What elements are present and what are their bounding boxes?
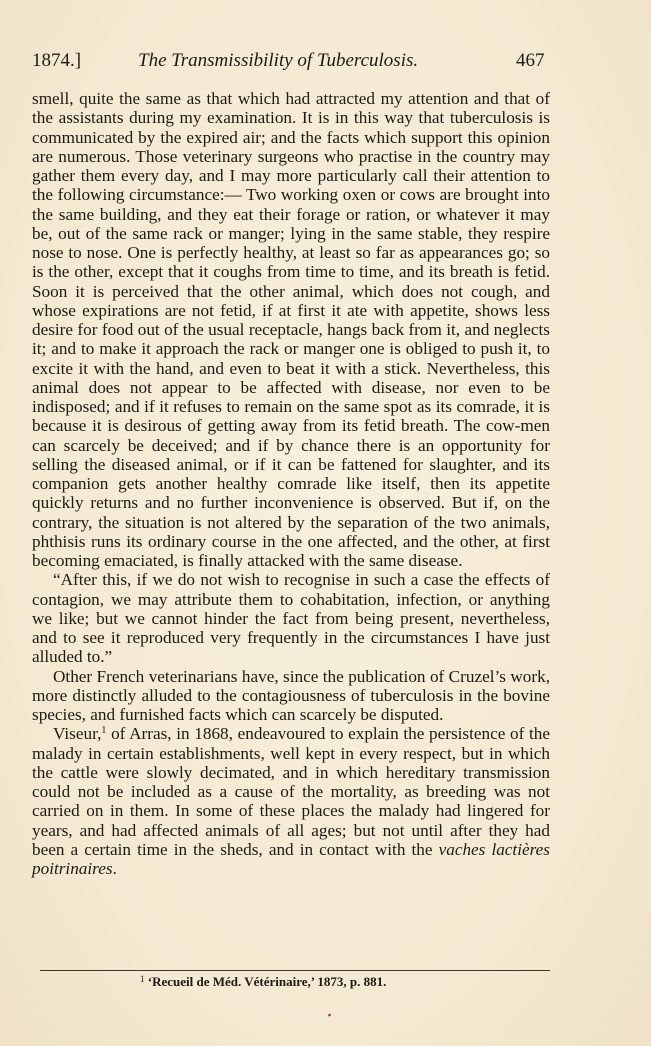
paragraph-1: smell, quite the same as that which had … xyxy=(32,89,550,570)
paragraph-4: Viseur,1 of Arras, in 1868, endeavoured … xyxy=(32,724,550,878)
body-text: smell, quite the same as that which had … xyxy=(32,89,550,878)
footnote: 1 ‘Recueil de Méd. Vétérinaire,’ 1873, p… xyxy=(140,974,540,990)
paragraph-4-end: . xyxy=(113,859,117,878)
paragraph-4-body: of Arras, in 1868, endeavoured to explai… xyxy=(32,724,550,859)
header-year: 1874.] xyxy=(32,50,81,72)
paragraph-4-lead: Viseur, xyxy=(53,724,101,743)
page-number: 467 xyxy=(516,50,545,72)
paragraph-3: Other French veterinarians have, since t… xyxy=(32,667,550,725)
paragraph-2: “After this, if we do not wish to recogn… xyxy=(32,570,550,666)
footnote-marker: 1 xyxy=(140,974,145,984)
footnote-text: ‘Recueil de Méd. Vétérinaire,’ 1873, p. … xyxy=(148,974,387,989)
running-header: 1874.] The Transmissibility of Tuberculo… xyxy=(32,50,552,74)
ink-speck xyxy=(328,1013,332,1016)
footnote-rule xyxy=(40,970,550,971)
book-page: 1874.] The Transmissibility of Tuberculo… xyxy=(0,0,651,1046)
header-title: The Transmissibility of Tuberculosis. xyxy=(138,50,418,72)
